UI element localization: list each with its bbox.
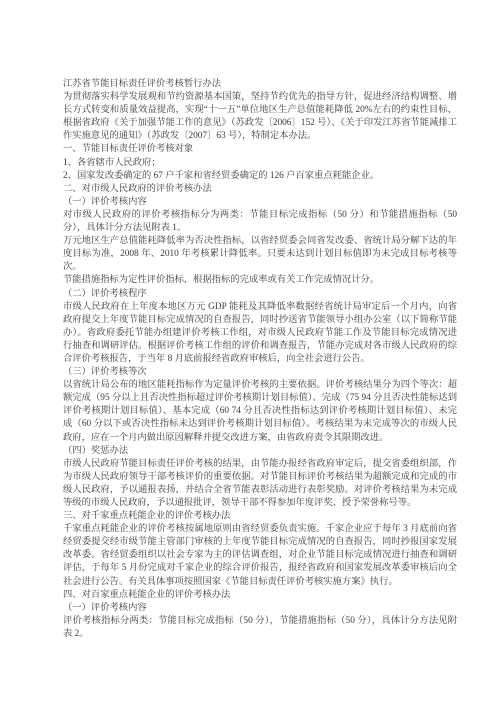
paragraph: （三）评价考核等次 [63, 366, 457, 379]
paragraph: 万元地区生产总值能耗降低率为否决性指标，以省经贸委会同省发改委、省统计局分解下达… [63, 235, 457, 274]
paragraph: 评价考核指标分两类：节能目标完成指标（50 分），节能措施指标（50 分），具体… [63, 615, 457, 641]
document-title: 江苏省节能目标责任评价考核暂行办法 [63, 78, 457, 91]
paragraph: （一）评价考核内容 [63, 196, 457, 209]
document-page: 江苏省节能目标责任评价考核暂行办法 为贯彻落实科学发展观和节约资源基本国策，坚持… [63, 78, 457, 641]
paragraph: （二）评价考核程序 [63, 288, 457, 301]
paragraph: 市级人民政府在上年度本地区万元 GDP 能耗及其降低率数据经省统计局审定后一个月… [63, 301, 457, 366]
paragraph: 二、对市级人民政府的评价考核办法 [63, 183, 457, 196]
paragraph: 一、节能目标责任评价考核对象 [63, 143, 457, 156]
paragraph: 以省统计局公布的地区能耗指标作为定量评价考核的主要依据。评价考核结果分为四个等次… [63, 379, 457, 444]
paragraph: （四）奖惩办法 [63, 445, 457, 458]
paragraph: 千家重点耗能企业的评价考核按属地原则由省经贸委负责实施。千家企业应于每年 3 月… [63, 523, 457, 588]
paragraph: 四、对百家重点耗能企业的评价考核办法 [63, 589, 457, 602]
paragraph: 对市级人民政府的评价考核指标分为两类：节能目标完成指标（50 分）和节能措施指标… [63, 209, 457, 235]
paragraph: （一）评价考核内容 [63, 602, 457, 615]
paragraph: 市级人民政府节能目标责任评价考核的结果，由节能办报经省政府审定后，提交省委组织部… [63, 458, 457, 510]
paragraph: 三、对千家重点耗能企业的评价考核办法 [63, 510, 457, 523]
paragraph: 1、各省辖市人民政府； [63, 157, 457, 170]
paragraph: 节能措施指标为定性评价指标，根据指标的完成率或有关工作完成情况计分。 [63, 274, 457, 287]
paragraph: 2、国家发改委确定的 67 户千家和省经贸委确定的 126 户百家重点耗能企业。 [63, 170, 457, 183]
document-body: 为贯彻落实科学发展观和节约资源基本国策，坚持节约优先的指导方针，促进经济结构调整… [63, 91, 457, 641]
paragraph: 为贯彻落实科学发展观和节约资源基本国策，坚持节约优先的指导方针，促进经济结构调整… [63, 91, 457, 143]
